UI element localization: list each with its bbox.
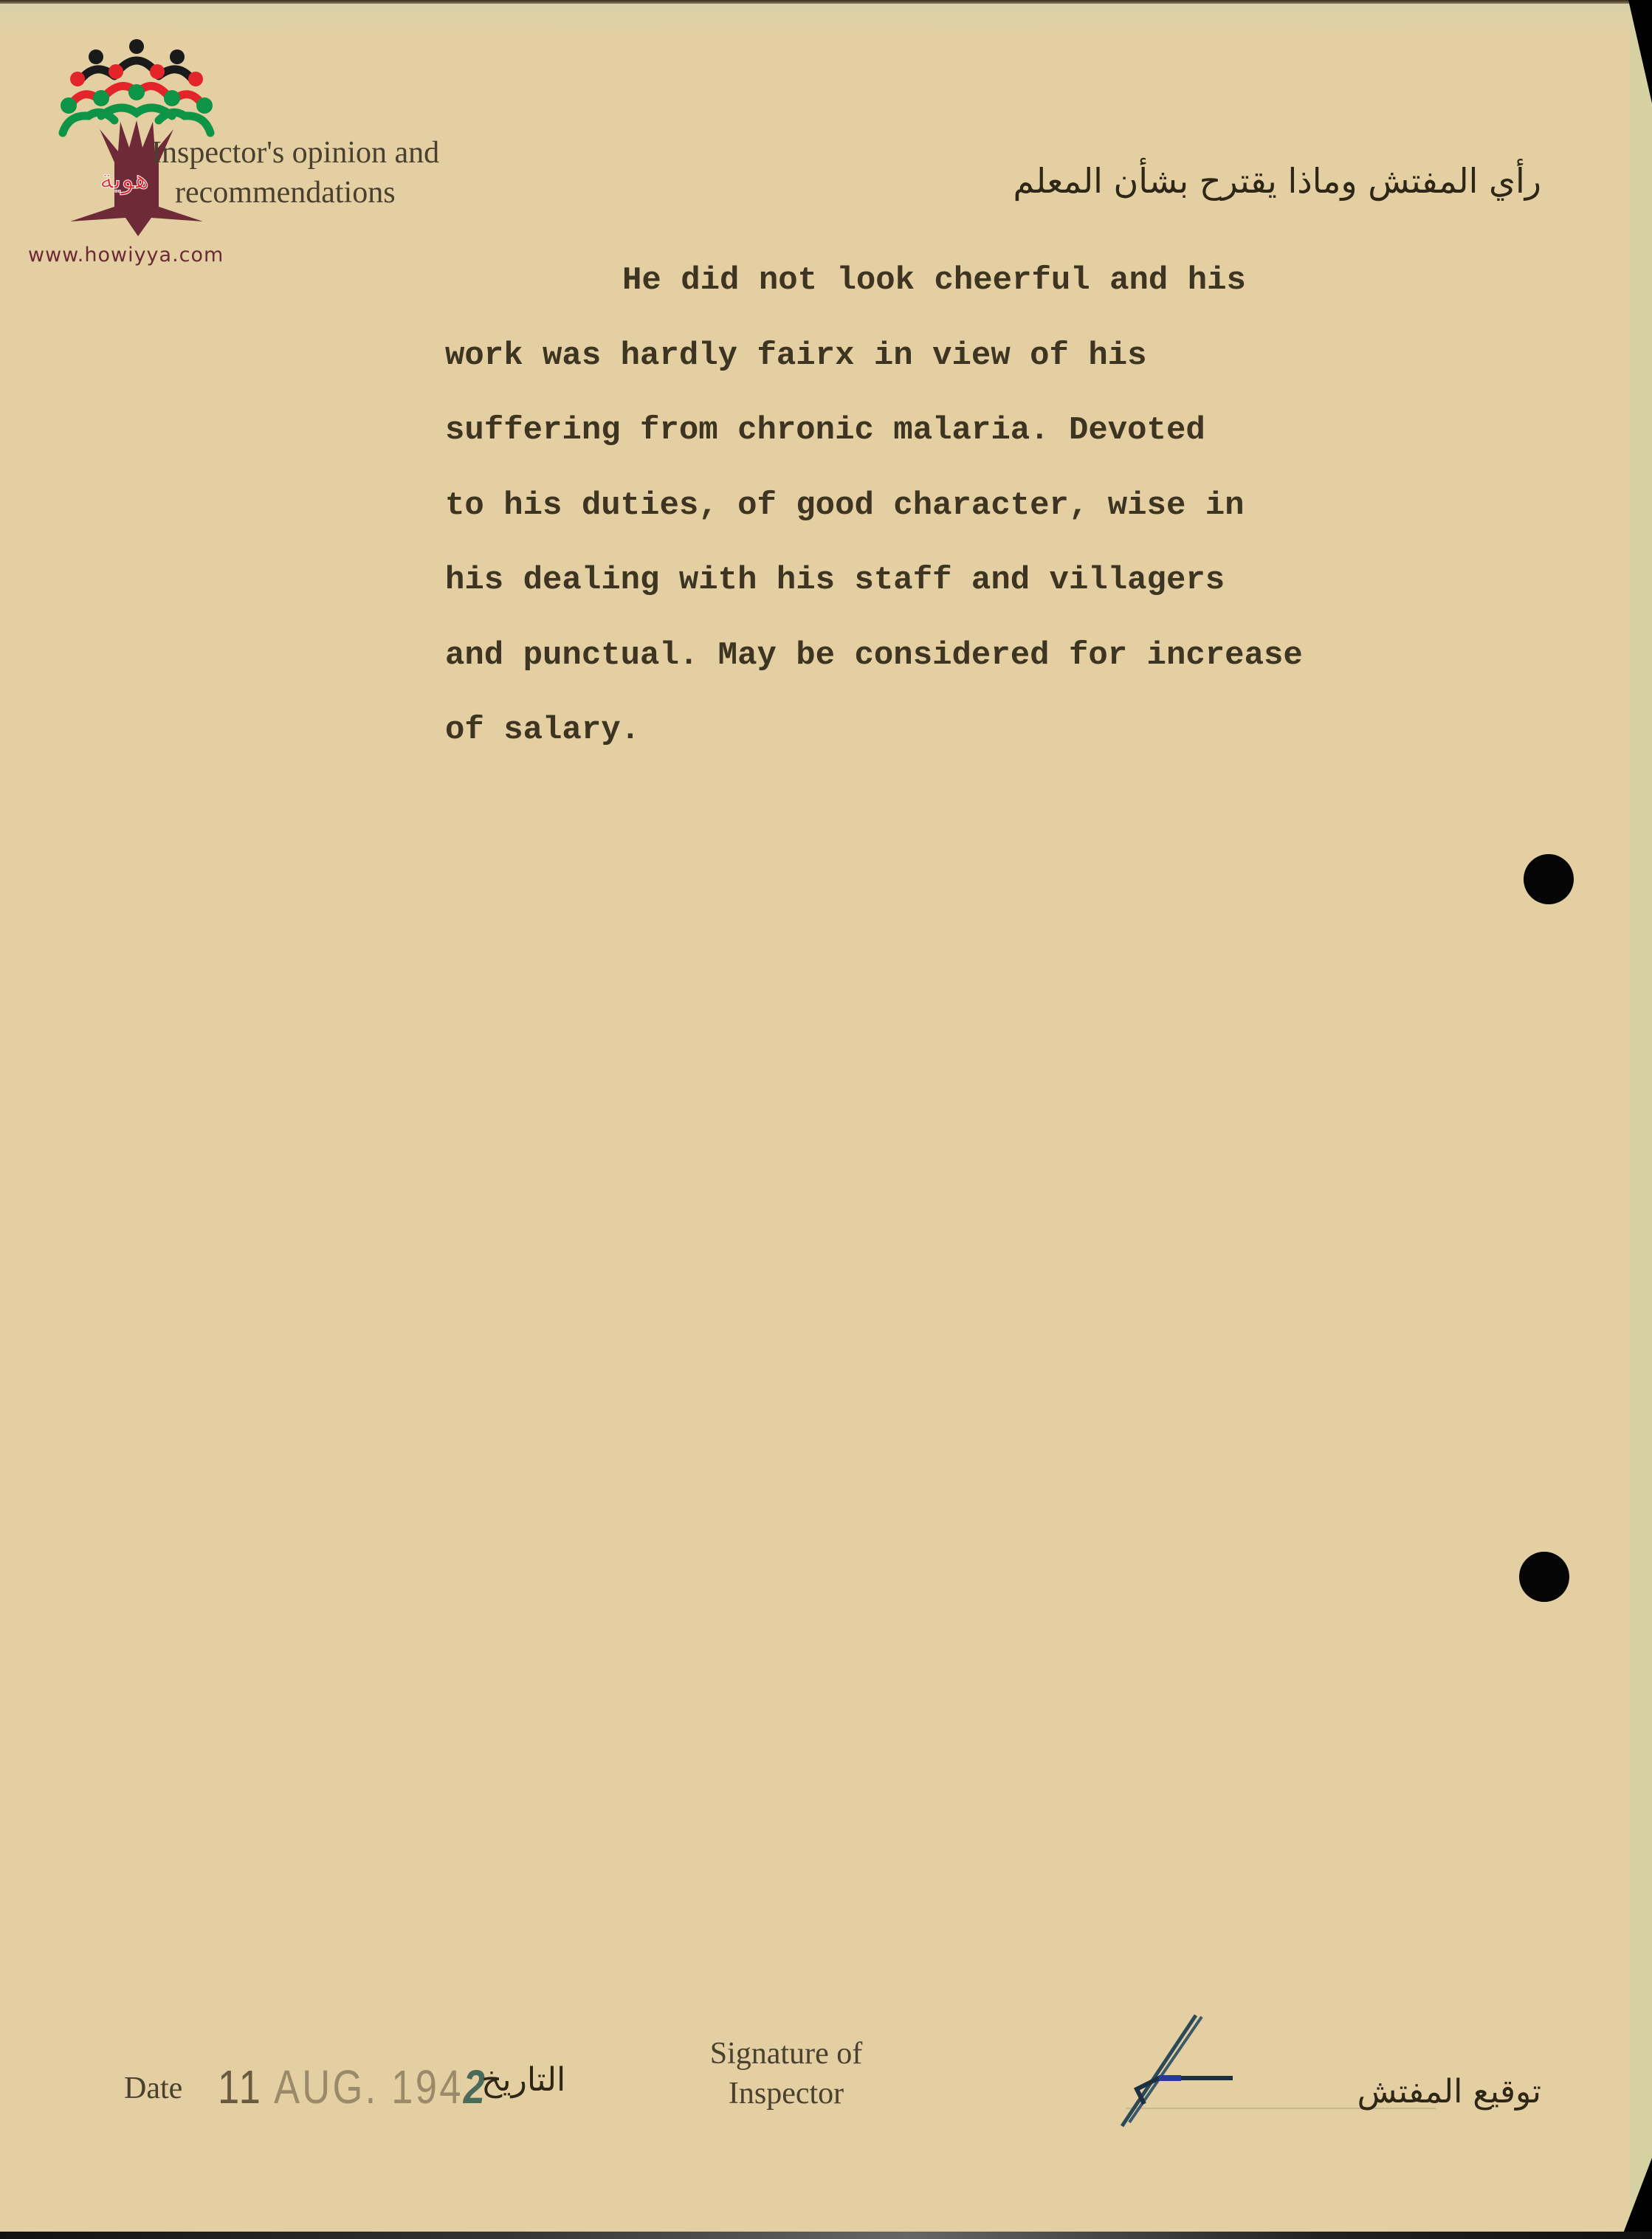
remarks-line: his dealing with his staff and villagers bbox=[445, 543, 1479, 619]
date-label-arabic: التاريخ bbox=[481, 2061, 565, 2099]
date-stamp-day: 11 bbox=[218, 2060, 263, 2114]
remarks-line: to his duties, of good character, wise i… bbox=[445, 469, 1479, 544]
inspector-opinion-label-line1: Inspector's opinion and bbox=[151, 133, 535, 173]
scan-bottom-edge bbox=[0, 2232, 1652, 2239]
punch-hole bbox=[1519, 1552, 1569, 1602]
remarks-line: and punctual. May be considered for incr… bbox=[445, 619, 1479, 694]
svg-text:هوية: هوية bbox=[100, 165, 149, 195]
date-stamp: 11 AUG. 1942 bbox=[218, 2060, 487, 2114]
watermark-url: www.howiyya.com bbox=[28, 244, 224, 266]
inspector-opinion-label: Inspector's opinion and recommendations bbox=[151, 133, 535, 213]
inspector-remarks-text: He did not look cheerful and his work wa… bbox=[445, 244, 1479, 768]
inspector-opinion-label-arabic: رأي المفتش وماذا يقترح بشأن المعلم bbox=[1013, 161, 1541, 201]
scan-corner-bottom-right bbox=[1621, 2158, 1652, 2239]
date-stamp-month-year: AUG. 194 bbox=[274, 2060, 464, 2114]
punch-hole bbox=[1524, 854, 1574, 904]
remarks-line: work was hardly fairx in view of his bbox=[445, 319, 1479, 394]
scan-top-strip bbox=[0, 4, 1631, 35]
signature-label: Signature of Inspector bbox=[675, 2034, 897, 2114]
signature-label-line2: Inspector bbox=[675, 2074, 897, 2114]
inspector-opinion-label-line2: recommendations bbox=[151, 173, 535, 213]
signature-label-arabic: توقيع المفتش bbox=[1357, 2073, 1541, 2111]
signature-label-line1: Signature of bbox=[675, 2034, 897, 2074]
scan-corner-top-right bbox=[1628, 0, 1652, 103]
date-label: Date bbox=[124, 2068, 182, 2108]
remarks-line: He did not look cheerful and his bbox=[445, 244, 1479, 319]
remarks-line: of salary. bbox=[445, 693, 1479, 768]
scan-right-edge bbox=[1630, 0, 1652, 2239]
handwritten-signature-icon bbox=[1115, 2001, 1247, 2133]
remarks-line: suffering from chronic malaria. Devoted bbox=[445, 393, 1479, 469]
document-page: هوية www.howiyya.com Inspector's opinion… bbox=[0, 0, 1652, 2239]
